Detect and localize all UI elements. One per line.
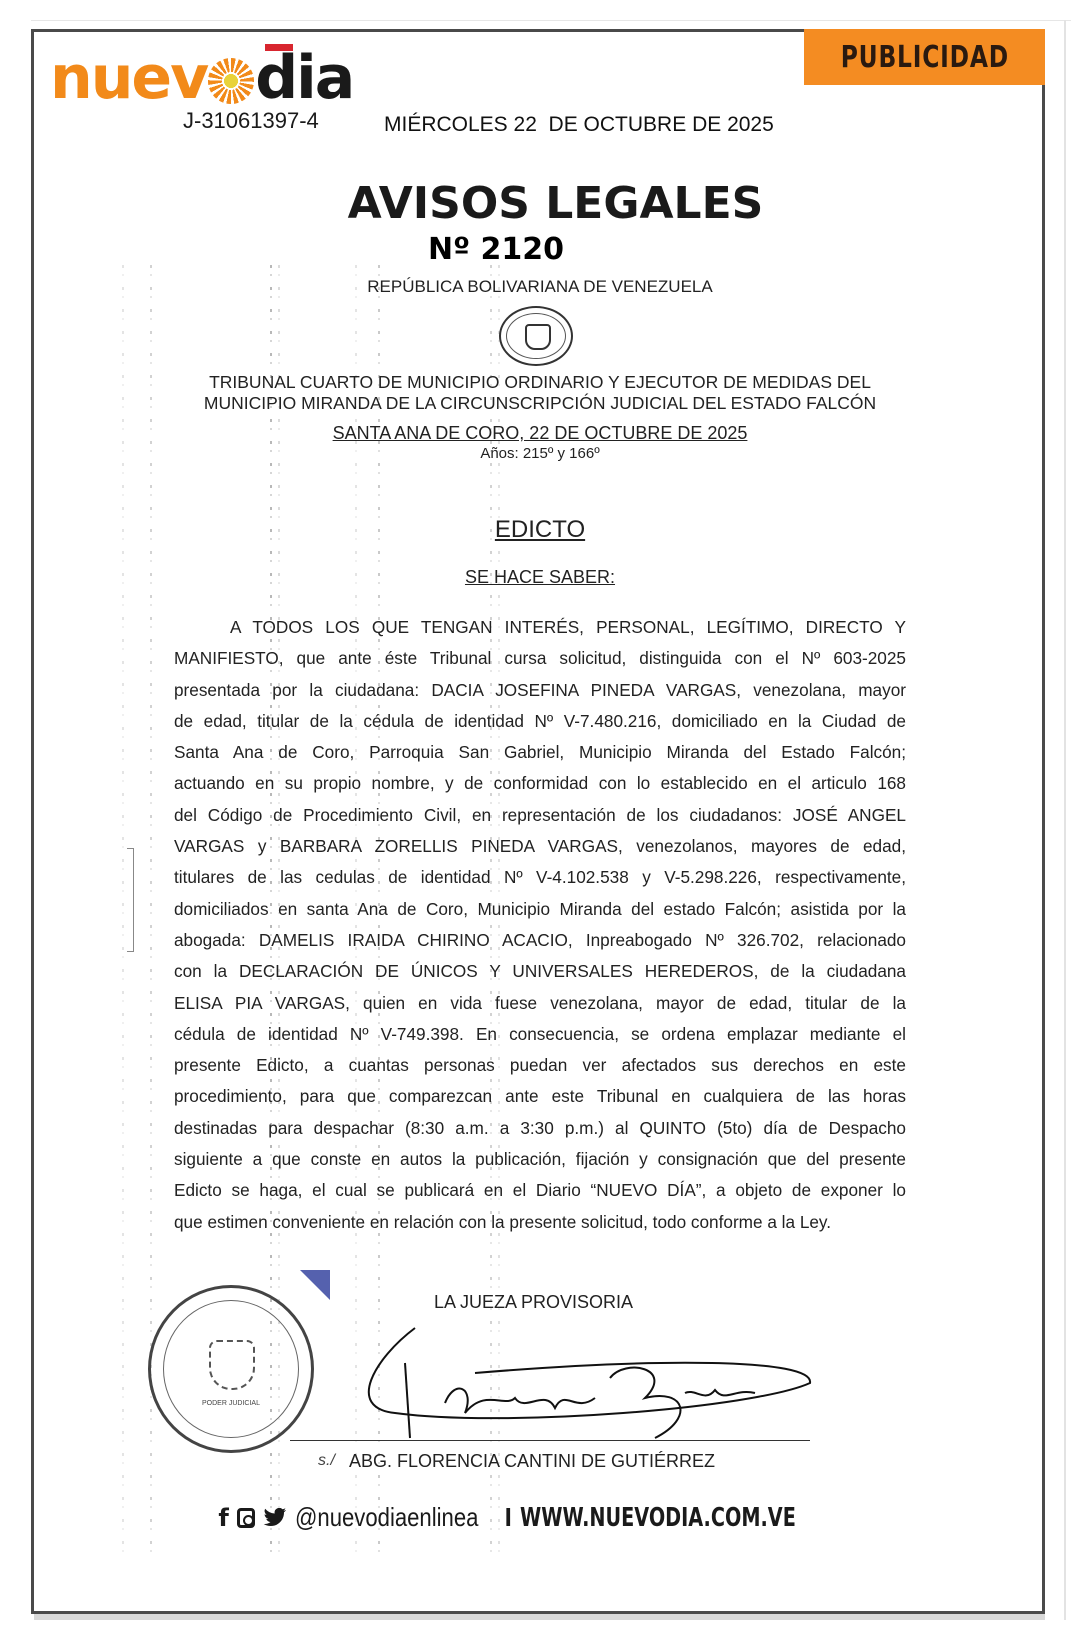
page-edge <box>1064 20 1066 1620</box>
signature-line <box>290 1440 810 1441</box>
body-line: MANIFIESTO, que ante éste Tribunal cursa… <box>174 643 906 674</box>
tribunal-line-2: MUNICIPIO MIRANDA DE LA CIRCUNSCRIPCIÓN … <box>160 393 920 414</box>
body-line: presentada por la ciudadana: DACIA JOSEF… <box>174 675 906 706</box>
body-line: VARGAS y BARBARA ZORELLIS PINEDA VARGAS,… <box>174 831 906 862</box>
tribunal-heading: TRIBUNAL CUARTO DE MUNICIPIO ORDINARIO Y… <box>160 372 920 414</box>
republic-heading: REPÚBLICA BOLIVARIANA DE VENEZUELA <box>160 277 920 297</box>
footer-separator: I <box>505 1502 512 1533</box>
sun-icon <box>208 58 254 104</box>
body-line: Santa Ana de Coro, Parroquia San Gabriel… <box>174 737 906 768</box>
body-line: actuando en su propio nombre, y de confo… <box>174 768 906 799</box>
body-line: procedimiento, para que comparezcan ante… <box>174 1081 906 1112</box>
logo-accent <box>265 44 293 51</box>
se-hace-saber: SE HACE SABER: <box>160 567 920 588</box>
nuevo-dia-logo: nuev dia <box>50 48 353 108</box>
body-line: domiciliados en santa Ana de Coro, Munic… <box>174 894 906 925</box>
logo-text-nuev: nuev <box>50 48 207 108</box>
signature-icon <box>355 1318 815 1458</box>
publicidad-badge: PUBLICIDAD <box>804 29 1045 85</box>
signer-name: ABG. FLORENCIA CANTINI DE GUTIÉRREZ <box>349 1451 715 1472</box>
section-title: AVISOS LEGALES <box>0 178 1081 229</box>
signer-prefix: s./ <box>318 1452 335 1470</box>
body-line: titulares de las cedulas de identidad Nº… <box>174 862 906 893</box>
website-link[interactable]: WWW.NUEVODIA.COM.VE <box>520 1503 796 1533</box>
badge-label: PUBLICIDAD <box>840 40 1008 75</box>
subheading-text: SE HACE SABER: <box>465 567 615 587</box>
edition-date: MIÉRCOLES 22 DE OCTUBRE DE 2025 <box>384 113 774 137</box>
body-line: cédula de identidad Nº V-749.398. En con… <box>174 1019 906 1050</box>
court-stamp-icon: PODER JUDICIAL <box>148 1285 314 1453</box>
footer-social: f @nuevodiaenlinea I WWW.NUEVODIA.COM.VE <box>0 1502 1081 1533</box>
body-line: A TODOS LOS QUE TENGAN INTERÉS, PERSONAL… <box>174 612 906 643</box>
page-edge <box>31 20 1071 21</box>
margin-bracket <box>127 848 134 952</box>
tribunal-line-1: TRIBUNAL CUARTO DE MUNICIPIO ORDINARIO Y… <box>160 372 920 393</box>
place-date-text: SANTA ANA DE CORO, 22 DE OCTUBRE DE 2025 <box>333 423 748 443</box>
page-shadow <box>34 1614 1045 1620</box>
body-line: con la DECLARACIÓN DE ÚNICOS Y UNIVERSAL… <box>174 956 906 987</box>
notice-number: Nº 2120 <box>428 232 564 267</box>
stamp-emblem-icon <box>209 1340 255 1390</box>
body-line: ELISA PIA VARGAS, quien en vida fuese ve… <box>174 988 906 1019</box>
body-line: presente Edicto, a cuantas personas pued… <box>174 1050 906 1081</box>
scan-streak <box>122 265 124 1555</box>
years-line: Años: 215º y 166º <box>160 445 920 462</box>
edicto-heading: EDICTO <box>160 516 920 544</box>
twitter-icon[interactable] <box>263 1508 287 1528</box>
body-line: abogada: DAMELIS IRAIDA CHIRINO ACACIO, … <box>174 925 906 956</box>
body-line: destinadas para despachar (8:30 a.m. a 3… <box>174 1113 906 1144</box>
coat-of-arms-seal-icon <box>499 306 573 366</box>
blue-mark <box>300 1270 330 1300</box>
facebook-icon[interactable]: f <box>218 1504 228 1532</box>
body-line: de edad, titular de la cédula de identid… <box>174 706 906 737</box>
body-line: siguiente a que conste en autos la publi… <box>174 1144 906 1175</box>
stamp-text: PODER JUDICIAL <box>151 1400 311 1407</box>
body-line: Edicto se haga, el cual se publicará en … <box>174 1175 906 1206</box>
edicto-title: EDICTO <box>495 516 585 543</box>
rif-number: J-31061397-4 <box>183 108 319 134</box>
body-line: que estimen conveniente en relación con … <box>174 1207 906 1238</box>
logo-dia-label: dia <box>255 43 353 113</box>
instagram-icon[interactable] <box>237 1508 255 1528</box>
social-handle[interactable]: @nuevodiaenlinea <box>295 1502 478 1533</box>
signer-title: LA JUEZA PROVISORIA <box>434 1292 633 1313</box>
place-date: SANTA ANA DE CORO, 22 DE OCTUBRE DE 2025 <box>160 423 920 444</box>
logo-text-dia: dia <box>255 48 353 108</box>
edict-body: A TODOS LOS QUE TENGAN INTERÉS, PERSONAL… <box>174 612 906 1238</box>
body-line: del Código de Procedimiento Civil, en re… <box>174 800 906 831</box>
